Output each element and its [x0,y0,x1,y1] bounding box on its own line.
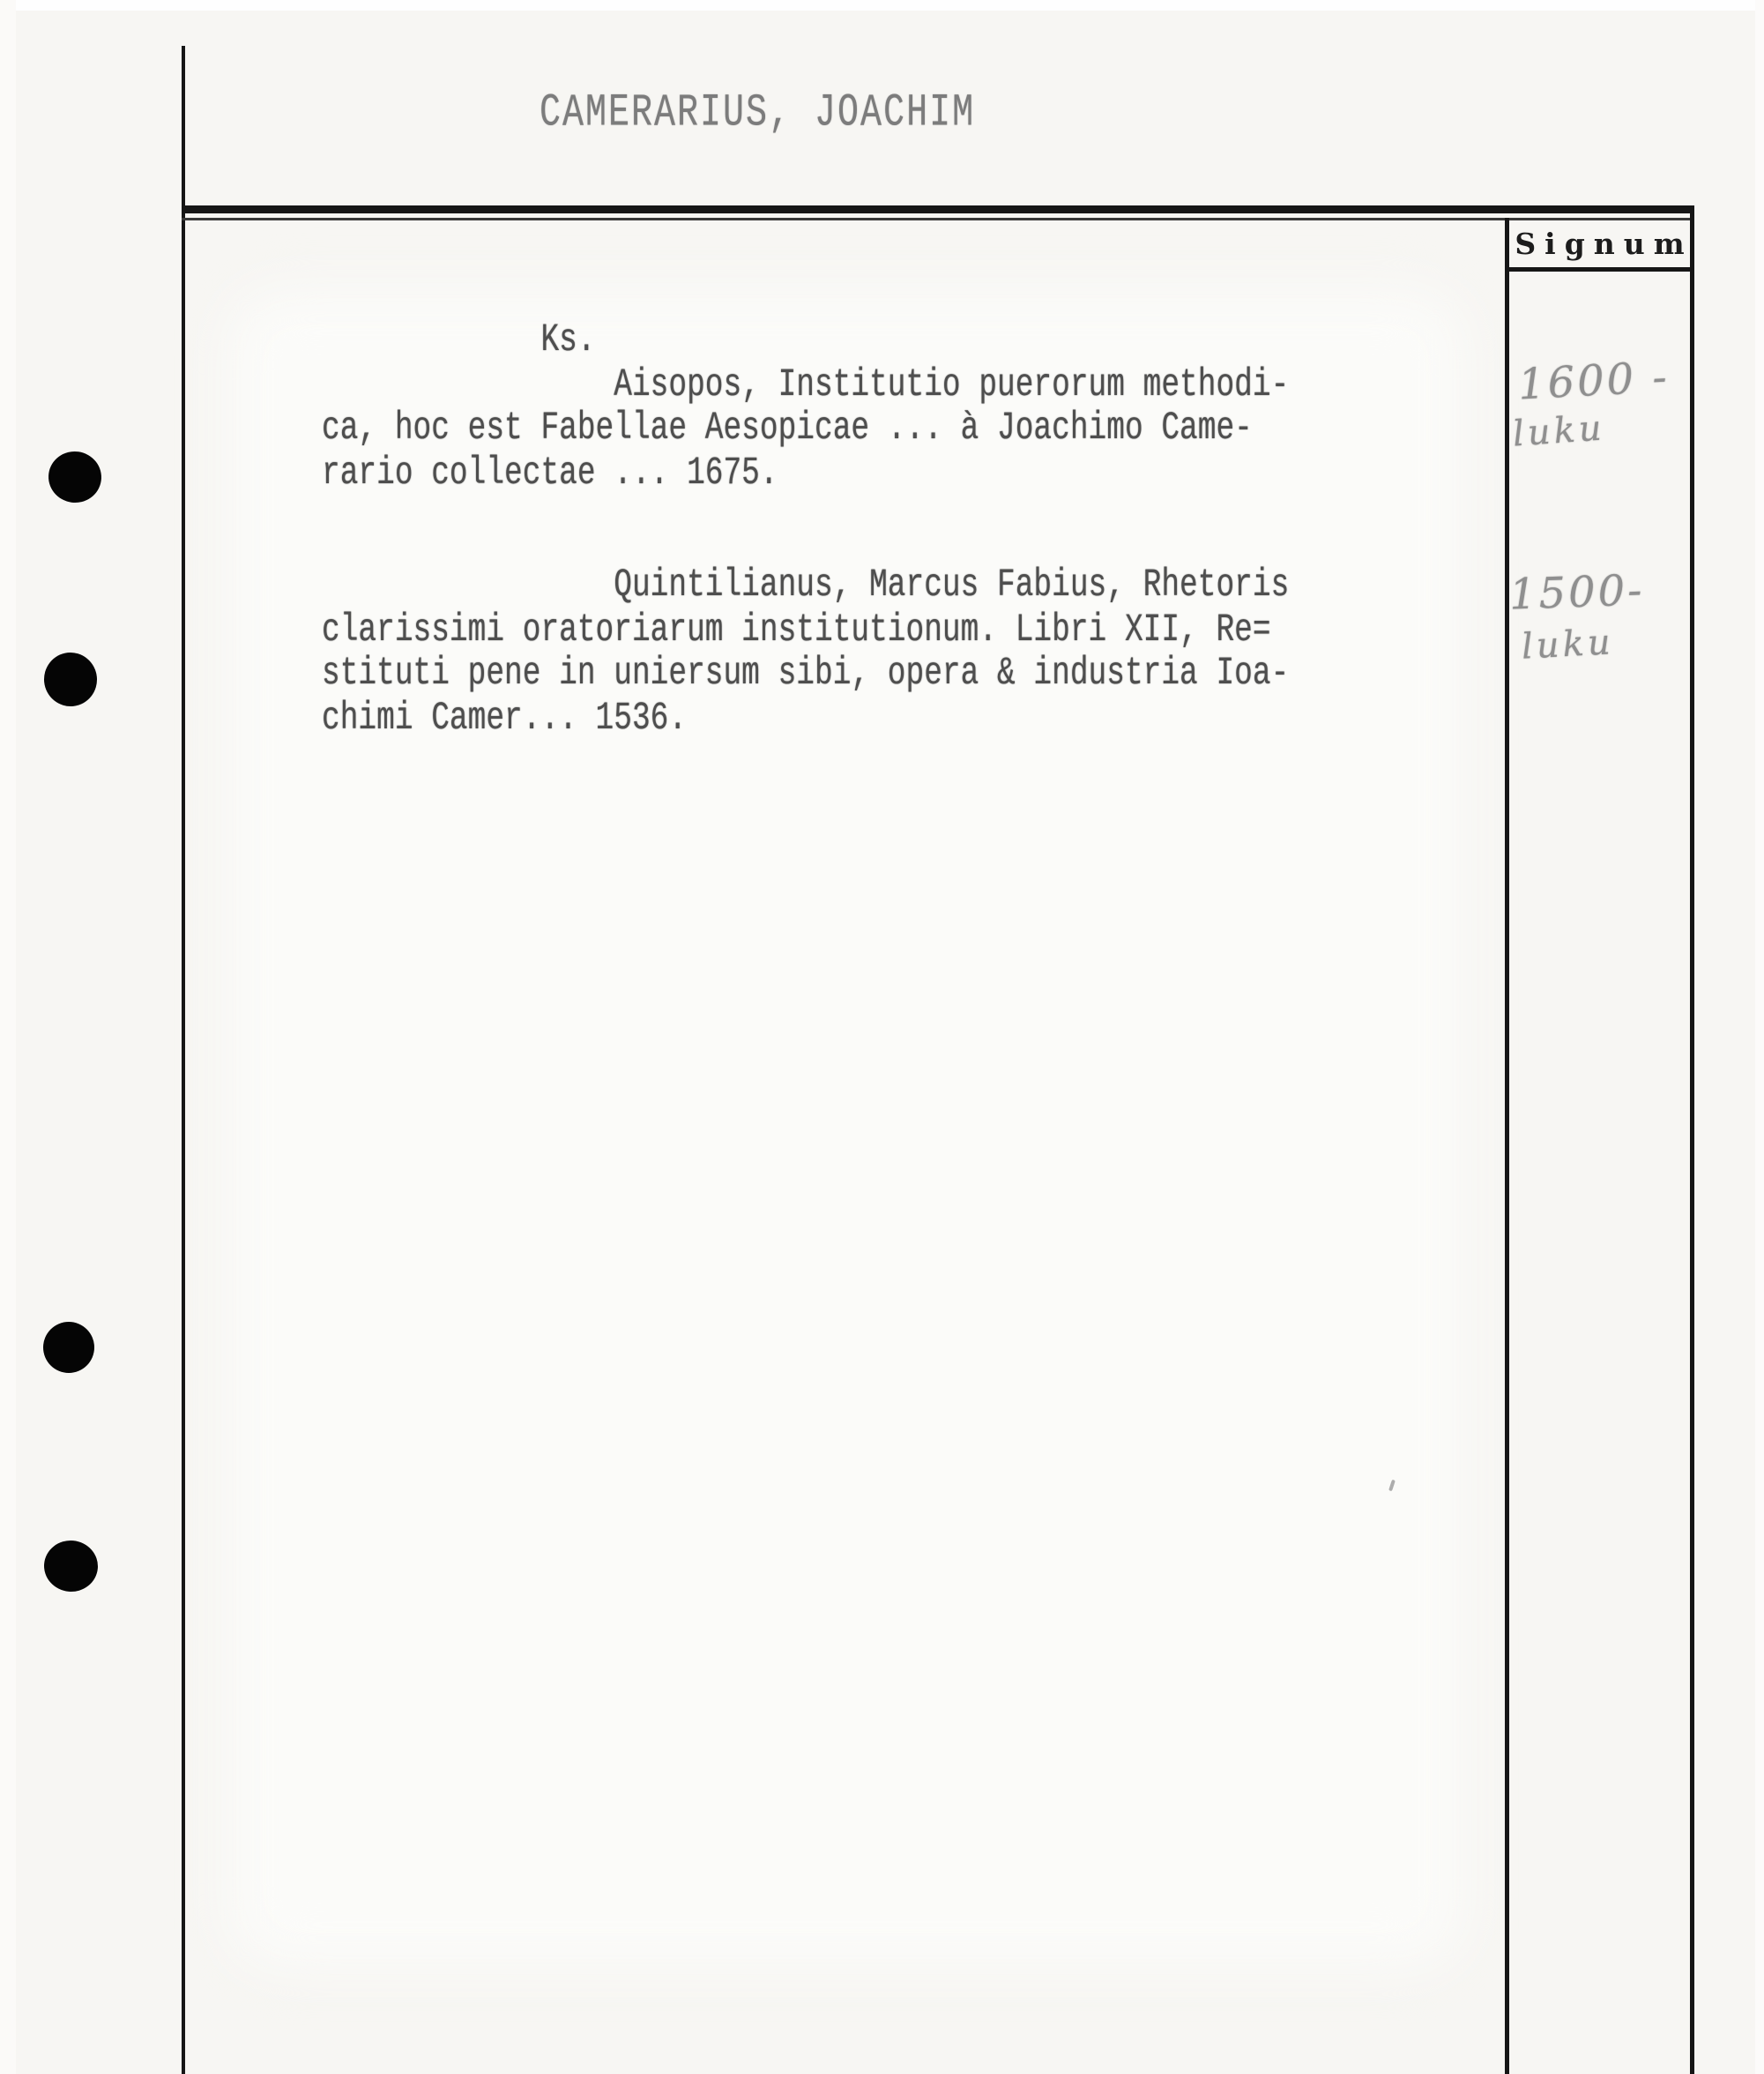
scan-edge-right [1755,0,1764,2074]
hole-punch [43,1322,94,1373]
handwritten-signum-word-2: luku [1521,622,1615,667]
handwritten-signum-year-1: 1600 - [1517,353,1671,410]
hole-punch [45,448,104,506]
typed-line: rario collectae ... 1675. [322,451,1289,496]
signum-header-underline [1505,267,1694,272]
typed-line: Quintilianus, Marcus Fabius, Rhetoris [322,564,1289,608]
typed-line: Aisopos, Institutio puerorum methodi- [322,363,1289,407]
hole-punch [41,650,100,709]
signum-right-border [1690,208,1694,2074]
signum-left-border [1505,218,1509,2074]
table-top-border [182,205,1694,213]
catalog-entry-aisopos: Ks. Aisopos, Institutio puerorum methodi… [322,319,1289,496]
signum-column-header: Signum [1509,220,1690,267]
left-margin-rule [182,46,185,2074]
scan-edge-left [0,0,16,2074]
catalog-entry-quintilianus: Quintilianus, Marcus Fabius, Rhetoris cl… [322,564,1289,741]
handwritten-signum-year-2: 1500- [1508,565,1645,619]
catalog-card-scan: CAMERARIUS, JOACHIM Signum Ks. Aisopos, … [0,0,1764,2074]
card-heading: CAMERARIUS, JOACHIM [540,88,975,140]
typed-line: Ks. [322,319,1289,363]
hole-punch [42,1538,100,1593]
typed-line: clarissimi oratoriarum institutionum. Li… [322,608,1289,653]
handwritten-signum-word-1: luku [1512,407,1607,454]
typed-line: stituti pene in uniersum sibi, opera & i… [322,653,1289,697]
typed-line: ca, hoc est Fabellae Aesopicae ... à Joa… [322,407,1289,451]
typed-line: chimi Camer... 1536. [322,697,1289,741]
scan-edge-top [0,0,1764,11]
table-top-inner-line [182,218,1694,220]
paper-highlight [229,291,1463,1966]
